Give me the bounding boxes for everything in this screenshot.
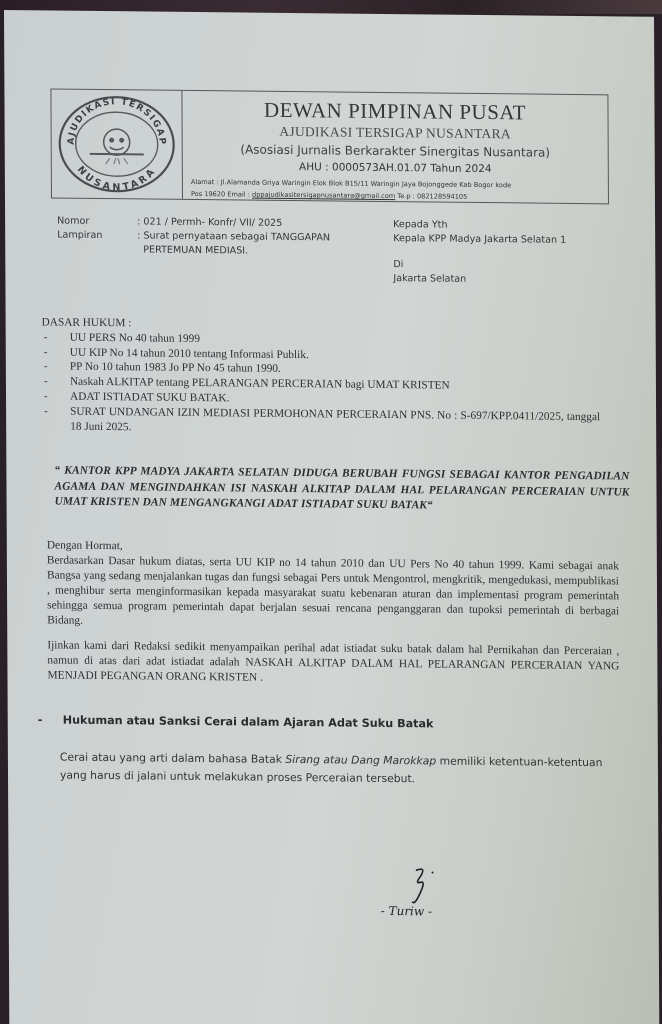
- letter-reference: Nomor : 021 / Permh- Konfr/ VII/ 2025 La…: [57, 215, 363, 260]
- opening-paragraph: Dengan Hormat, Berdasarkan Dasar hukum d…: [47, 538, 619, 634]
- legal-basis-item: SURAT UNDANGAN IZIN MEDIASI PERMOHONAN P…: [42, 404, 600, 439]
- organization-name: AJUDIKASI TERSIGAP NUSANTARA: [183, 123, 608, 143]
- paragraph-2: Ijinkan kami dari Redaksi sedikit menyam…: [47, 638, 619, 689]
- lampiran-row-cont: PERTEMUAN MEDIASI.: [57, 243, 363, 260]
- handwritten-signature-icon: [368, 862, 478, 933]
- batak-term: Sirang atau Dang Marokkap: [285, 753, 436, 768]
- section-text-start: Cerai atau yang arti dalam bahasa Batak: [60, 751, 286, 766]
- section-text: Cerai atau yang arti dalam bahasa Batak …: [60, 749, 630, 791]
- signatory-name: - Turiw -: [381, 904, 432, 919]
- address-block: Alamat : Jl.Alamanda Griya Waringin Elok…: [191, 176, 608, 204]
- lampiran-label: Lampiran: [57, 229, 137, 244]
- association-name: (Asosiasi Jurnalis Berkarakter Sinergita…: [183, 142, 608, 160]
- ahu-number: AHU : 0000573AH.01.07 Tahun 2024: [183, 160, 608, 176]
- recipient-name: Kepala KPP Madya Jakarta Selatan 1: [393, 232, 566, 248]
- letterhead-text: DEWAN PIMPINAN PUSAT AJUDIKASI TERSIGAP …: [182, 91, 608, 203]
- svg-text:NUSANTARA: NUSANTARA: [75, 164, 159, 194]
- bullet-dash: -: [38, 713, 63, 726]
- letter-page: AJUDIKASI TERSIGAP NUSANTARA DEWAN PIMPI…: [4, 10, 659, 1024]
- letterhead: AJUDIKASI TERSIGAP NUSANTARA DEWAN PIMPI…: [50, 88, 609, 204]
- paragraph-1: Berdasarkan Dasar hukum diatas, serta UU…: [47, 553, 619, 634]
- recipient-block: Kepada Yth Kepala KPP Madya Jakarta Sela…: [393, 218, 566, 288]
- headline-statement: “ KANTOR KPP MADYA JAKARTA SELATAN DIDUG…: [54, 464, 629, 517]
- recipient-location: Jakarta Selatan: [393, 272, 566, 288]
- nomor-label: Nomor: [57, 215, 137, 230]
- organization-seal-icon: AJUDIKASI TERSIGAP NUSANTARA: [55, 92, 178, 195]
- phone-number: Te.p : 082128594105: [395, 192, 467, 201]
- spacer: [57, 243, 137, 258]
- email-link[interactable]: dppajudikasitersigapnusantara@gmail.com: [252, 191, 395, 200]
- organization-title: DEWAN PIMPINAN PUSAT: [182, 97, 607, 126]
- legal-basis: DASAR HUKUM : UU PERS No 40 tahun 1999 U…: [42, 315, 601, 439]
- section-heading: -Hukuman atau Sanksi Cerai dalam Ajaran …: [38, 713, 434, 730]
- section-title: Hukuman atau Sanksi Cerai dalam Ajaran A…: [63, 714, 434, 731]
- logo-cell: AJUDIKASI TERSIGAP NUSANTARA: [51, 89, 183, 198]
- svg-text:AJUDIKASI TERSIGAP: AJUDIKASI TERSIGAP: [66, 97, 167, 147]
- postal-code: Pos 19620 Email :: [191, 190, 252, 199]
- legal-basis-list: UU PERS No 40 tahun 1999 UU KIP No 14 ta…: [42, 330, 601, 439]
- lampiran-value-cont: PERTEMUAN MEDIASI.: [137, 243, 363, 259]
